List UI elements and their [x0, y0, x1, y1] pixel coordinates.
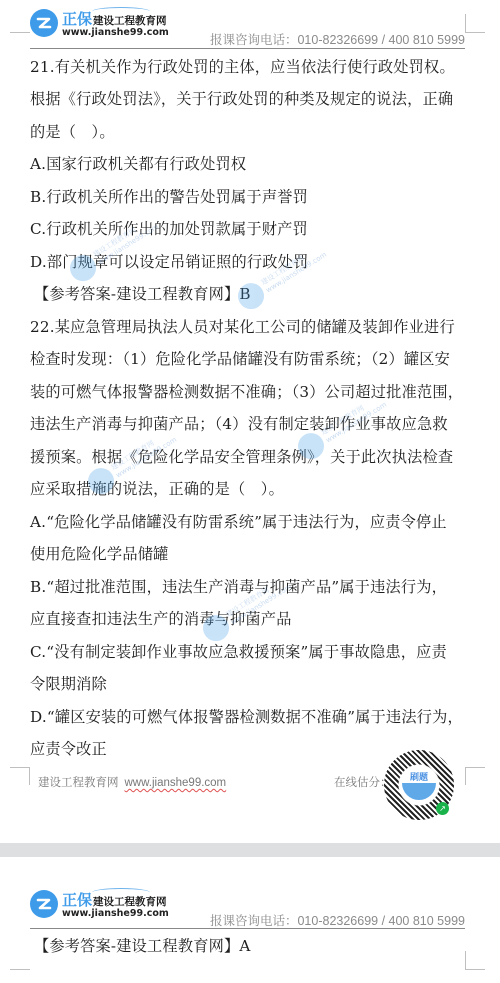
header-corner-mark: [10, 32, 30, 33]
footer-url[interactable]: www.jianshe99.com: [125, 777, 227, 789]
question-stem-line: 22.某应急管理局执法人员对某化工公司的储罐及装卸作业进行: [30, 317, 470, 337]
footer-site-name: 建设工程教育网: [38, 777, 119, 789]
footer-corner-mark: [465, 767, 485, 768]
brand-logo-icon: [30, 890, 58, 918]
brand-url: www.jianshe99.com: [62, 27, 169, 38]
header-corner-mark: [10, 969, 30, 970]
option-b-cont: 应直接查扣违法生产的消毒与抑菌产品: [30, 609, 470, 629]
brand-prefix: 正保: [62, 891, 92, 909]
answer-line: 【参考答案-建设工程教育网】B: [34, 284, 474, 304]
header-corner-mark: [465, 32, 485, 33]
footer-site: 建设工程教育网www.jianshe99.com: [38, 774, 226, 790]
qr-center-logo: 刷题: [402, 766, 436, 800]
page-separator: [0, 843, 500, 857]
option-c: C.“没有制定装卸作业事故应急救援预案”属于事故隐患，应责: [30, 642, 470, 662]
mini-program-icon: ↗: [436, 802, 449, 815]
question-stem-line: 装的可燃气体报警器检测数据不准确；（3）公司超过批准范围，: [30, 382, 470, 402]
brand-name: 正保建设工程教育网: [62, 8, 167, 29]
document-page-2: 正保建设工程教育网 www.jianshe99.com 报课咨询电话：010-8…: [0, 857, 500, 983]
consult-phone: 报课咨询电话：010-82326699 / 400 810 5999: [210, 30, 465, 48]
consult-phone: 报课咨询电话：010-82326699 / 400 810 5999: [210, 911, 465, 929]
header-corner-mark: [465, 14, 466, 32]
option-d: D.“罐区安装的可燃气体报警器检测数据不准确”属于违法行为，: [30, 707, 470, 727]
answer-line: 【参考答案-建设工程教育网】A: [34, 936, 474, 956]
question-stem-line: 援预案。根据《危险化学品安全管理条例》，关于此次执法检查: [30, 447, 470, 467]
brand-name: 正保建设工程教育网: [62, 889, 167, 910]
header-rule: [30, 48, 465, 49]
header-rule: [30, 928, 465, 929]
option-a: A.“危险化学品储罐没有防雷系统”属于违法行为，应责令停止: [30, 512, 470, 532]
brand-prefix: 正保: [62, 10, 92, 28]
question-stem-line: 应采取措施的说法，正确的是（ ）。: [30, 479, 470, 499]
option-a-cont: 使用危险化学品储罐: [30, 544, 470, 564]
header-corner-mark: [465, 969, 485, 970]
footer-corner-mark: [29, 767, 30, 785]
question-stem-line: 的是（ ）。: [30, 122, 470, 142]
option-c: C.行政机关所作出的加处罚款属于财产罚: [30, 219, 470, 239]
brand-title: 建设工程教育网: [93, 15, 167, 27]
document-page-1: 正保建设工程教育网 www.jianshe99.com 报课咨询电话：010-8…: [0, 0, 500, 843]
brand-title: 建设工程教育网: [93, 896, 167, 908]
option-c-cont: 令限期消除: [30, 674, 470, 694]
question-stem-line: 21.有关机关作为行政处罚的主体，应当依法行使行政处罚权。: [30, 57, 470, 77]
option-b: B.行政机关所作出的警告处罚属于声誉罚: [30, 187, 470, 207]
footer-corner-mark: [10, 767, 30, 768]
page-header: 正保建设工程教育网 www.jianshe99.com 报课咨询电话：010-8…: [0, 0, 500, 62]
footer-corner-mark: [465, 767, 466, 785]
brand-url: www.jianshe99.com: [62, 908, 169, 919]
option-a: A.国家行政机关都有行政处罚权: [30, 154, 470, 174]
question-stem-line: 违法生产消毒与抑菌产品；（4）没有制定装卸作业事故应急救: [30, 414, 470, 434]
brand-logo-icon: [30, 9, 58, 37]
question-stem-line: 检查时发现：（1）危险化学品储罐没有防雷系统；（2）罐区安: [30, 349, 470, 369]
question-stem-line: 根据《行政处罚法》，关于行政处罚的种类及规定的说法，正确: [30, 89, 470, 109]
option-b: B.“超过批准范围，违法生产消毒与抑菌产品”属于违法行为，: [30, 577, 470, 597]
online-score-label: 在线估分：: [334, 774, 392, 790]
option-d: D.部门规章可以设定吊销证照的行政处罚: [30, 252, 470, 272]
